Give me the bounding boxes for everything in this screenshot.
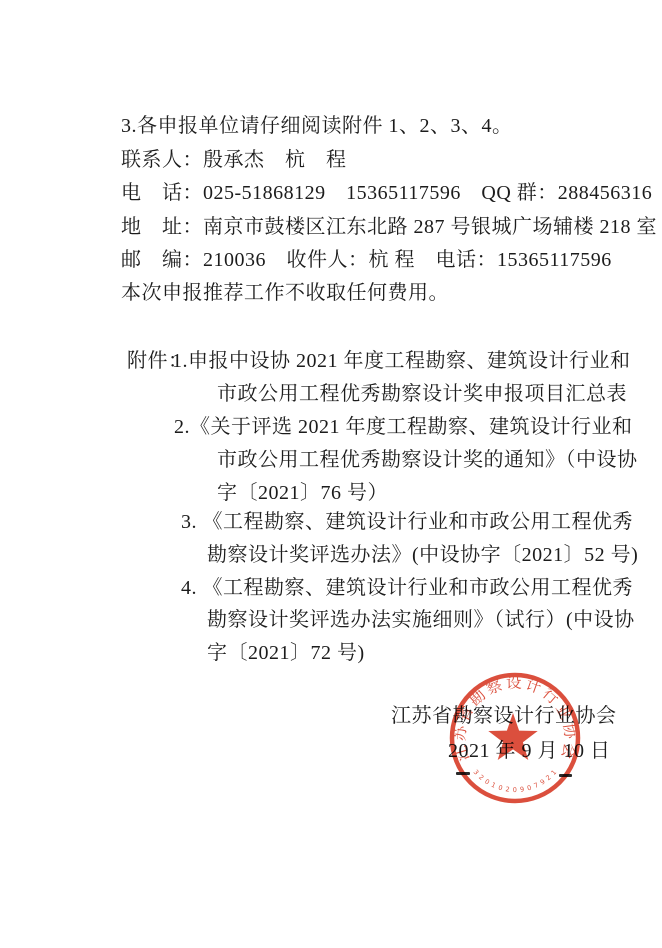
notice-line-1: 3.各申报单位请仔细阅读附件 1、2、3、4。 <box>121 116 513 136</box>
seal-serial-number: 3201020907921 <box>472 768 559 794</box>
address-line: 地 址：南京市鼓楼区江东北路 287 号银城广场辅楼 218 室 <box>121 217 657 237</box>
attachment-4-line-3: 字〔2021〕72 号) <box>207 643 365 663</box>
attachment-3-line-1: 3. 《工程勘察、建筑设计行业和市政公用工程优秀 <box>181 512 633 532</box>
contact-person-line: 联系人：殷承杰 杭 程 <box>121 150 347 170</box>
attachment-2-line-2: 市政公用工程优秀勘察设计奖的通知》（中设协 <box>217 450 638 470</box>
star-icon <box>488 713 537 760</box>
postcode-line: 邮 编：210036 收件人：杭 程 电话：15365117596 <box>121 250 612 270</box>
attachment-2-line-1: 2.《关于评选 2021 年度工程勘察、建筑设计行业和 <box>174 417 633 437</box>
attachment-2-line-3: 字〔2021〕76 号） <box>217 483 388 503</box>
seal-serial-container: 3201020907921 <box>472 768 559 794</box>
attachment-4-line-2: 勘察设计奖评选办法实施细则》（试行）(中设协 <box>207 610 635 630</box>
attachment-3-line-2: 勘察设计奖评选办法》(中设协字〔2021〕52 号) <box>207 545 638 565</box>
attachment-1-line-2: 市政公用工程优秀勘察设计奖申报项目汇总表 <box>217 384 627 404</box>
document-page: 3.各申报单位请仔细阅读附件 1、2、3、4。 联系人：殷承杰 杭 程 电 话：… <box>0 0 662 948</box>
attachment-1-line-1: 1.申报中设协 2021 年度工程勘察、建筑设计行业和 <box>172 351 631 371</box>
no-fee-line: 本次申报推荐工作不收取任何费用。 <box>121 283 449 303</box>
official-seal: 江苏省勘察设计行业协会 3201020907921 <box>440 663 590 813</box>
attachment-4-line-1: 4. 《工程勘察、建筑设计行业和市政公用工程优秀 <box>181 578 633 598</box>
phone-line: 电 话：025-51868129 15365117596 QQ 群：288456… <box>121 183 652 203</box>
